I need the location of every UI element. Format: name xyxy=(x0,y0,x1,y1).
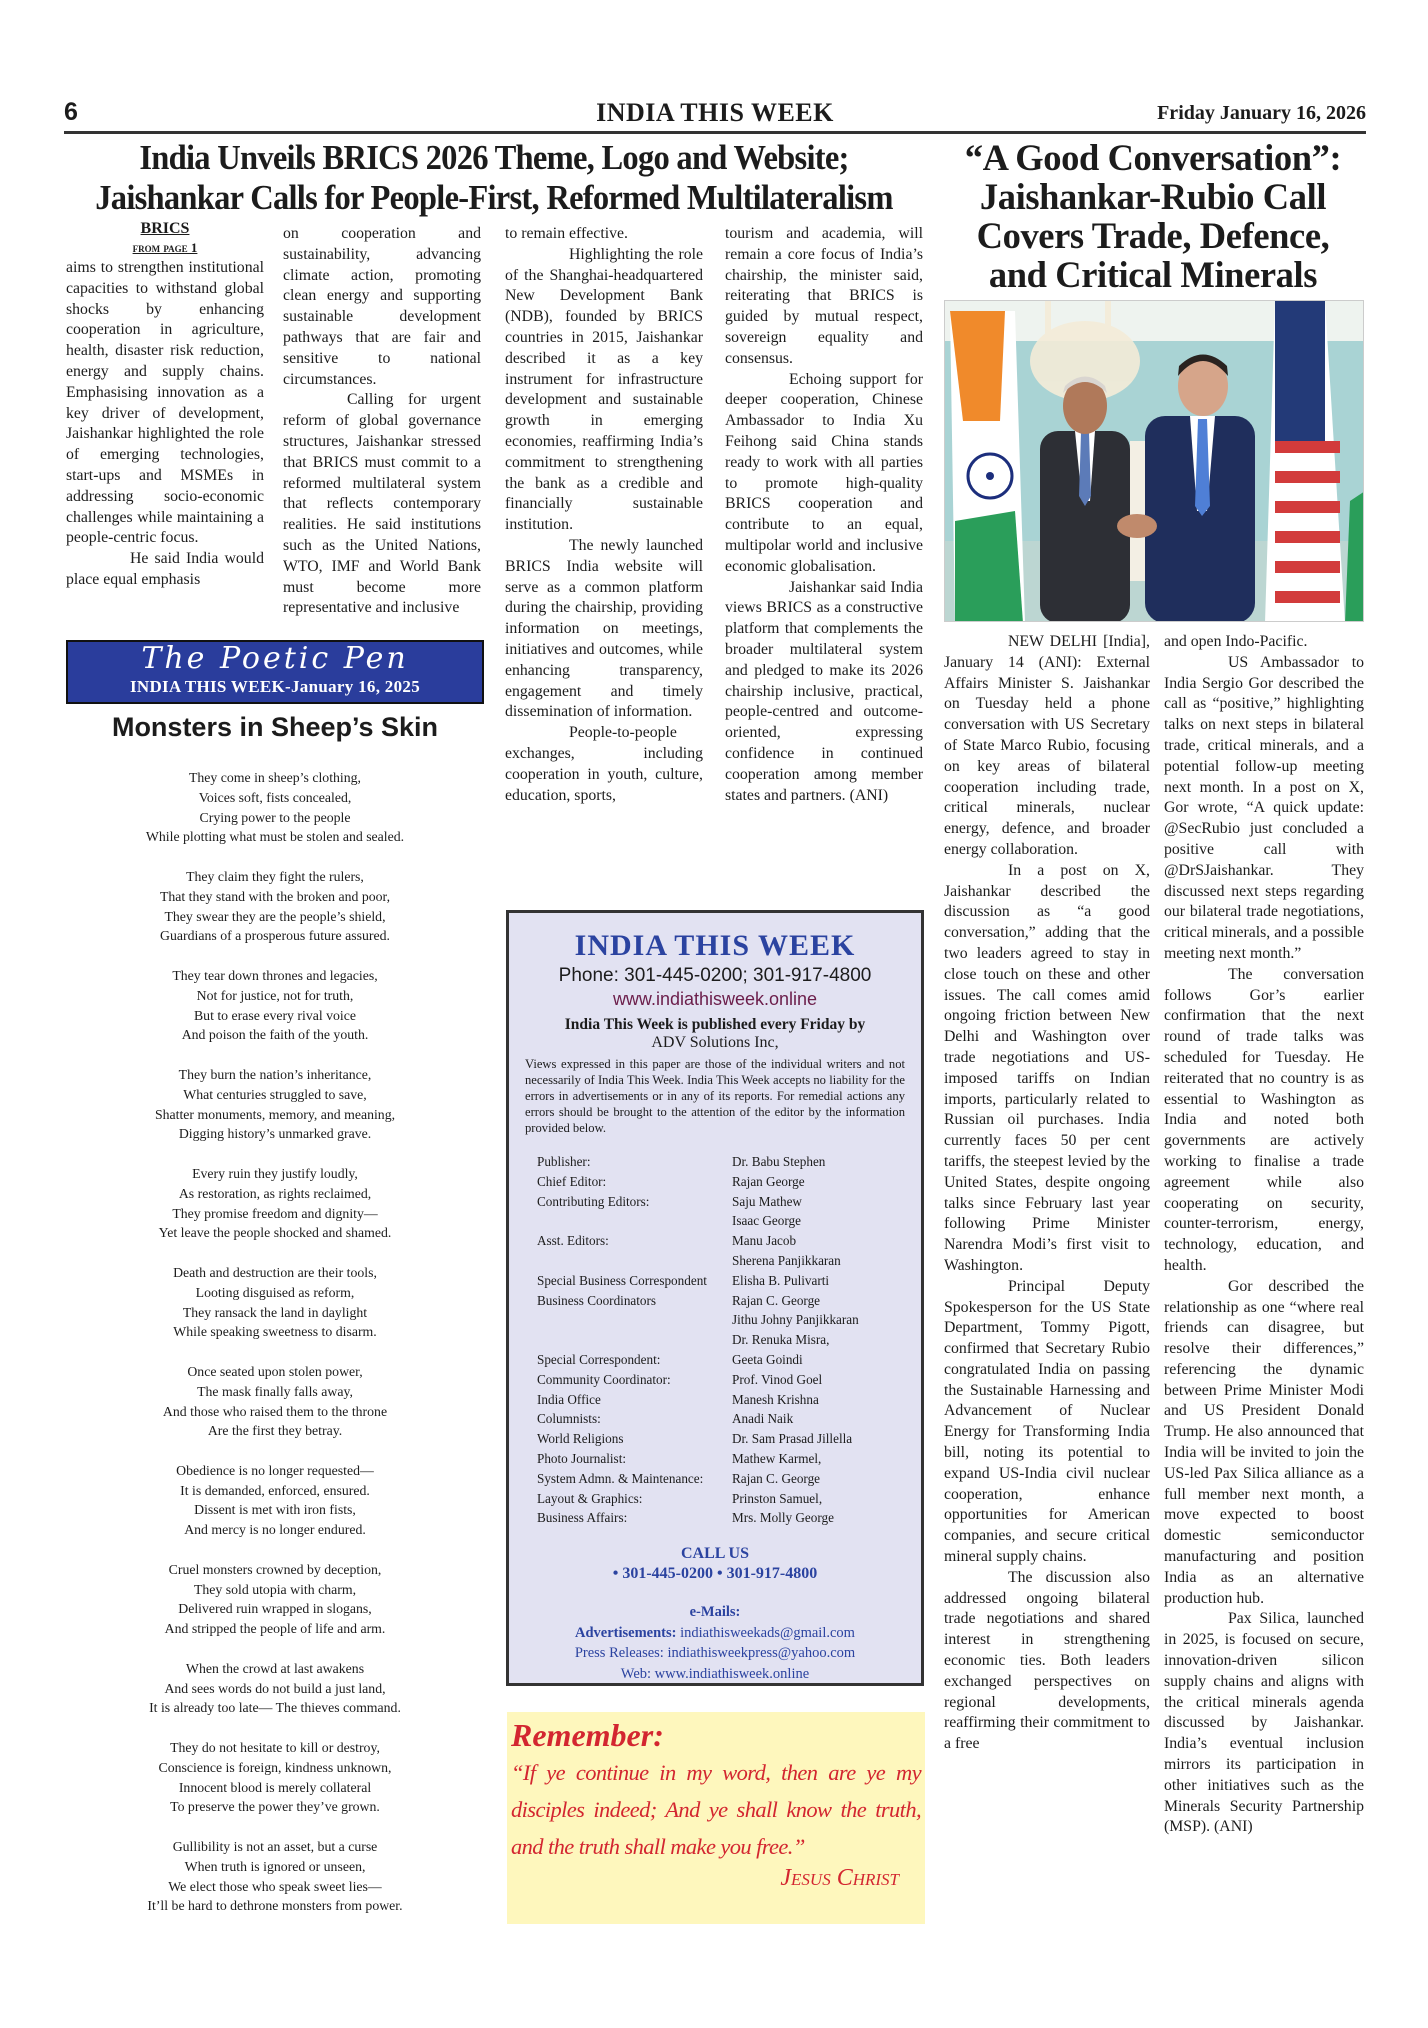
article-paragraph: to remain effective. xyxy=(505,224,703,245)
article-paragraph: People-to-people exchanges, including co… xyxy=(505,723,703,806)
poem-line: Death and destruction are their tools, xyxy=(66,1263,484,1283)
poem-line: It is demanded, enforced, ensured. xyxy=(66,1481,484,1501)
poem-stanza: They burn the nation’s inheritance,What … xyxy=(66,1065,484,1144)
poem-line: It is already too late— The thieves comm… xyxy=(66,1698,484,1718)
staff-role: World Religions xyxy=(537,1429,732,1449)
masthead: 6 INDIA THIS WEEK Friday January 16, 202… xyxy=(64,98,1366,128)
emails: e-Mails: Advertisements: indiathisweekad… xyxy=(509,1602,921,1684)
staff-row: Photo Journalist:Mathew Karmel, xyxy=(537,1449,921,1469)
poem-line: Delivered ruin wrapped in slogans, xyxy=(66,1599,484,1619)
poem-line: Voices soft, fists concealed, xyxy=(66,788,484,808)
issue-date: Friday January 16, 2026 xyxy=(1157,102,1366,125)
staff-role xyxy=(537,1251,732,1271)
handshake-photo-illustration xyxy=(945,301,1364,622)
rubio-headline: “A Good Conversation”: Jaishankar-Rubio … xyxy=(940,138,1366,294)
poem-line: They claim they fight the rulers, xyxy=(66,867,484,887)
article-paragraph: Calling for urgent reform of global gove… xyxy=(283,390,481,619)
poem-line: They do not hesitate to kill or destroy, xyxy=(66,1738,484,1758)
web-label: Web: xyxy=(621,1666,651,1682)
staff-name: Prinston Samuel, xyxy=(732,1489,822,1509)
poem-line: Shatter monuments, memory, and meaning, xyxy=(66,1105,484,1125)
staff-name: Elisha B. Pulivarti xyxy=(732,1271,829,1291)
ads-email-link[interactable]: indiathisweekads@gmail.com xyxy=(680,1625,855,1641)
call-us: CALL US • 301-445-0200 • 301-917-4800 xyxy=(509,1544,921,1584)
staff-role: Columnists: xyxy=(537,1409,732,1429)
poem-line: Are the first they betray. xyxy=(66,1421,484,1441)
poem-body: They come in sheep’s clothing,Voices sof… xyxy=(66,768,484,1936)
staff-row: Jithu Johny Panjikkaran xyxy=(537,1310,921,1330)
staff-row: Contributing Editors:Saju Mathew xyxy=(537,1192,921,1212)
staff-row: Layout & Graphics:Prinston Samuel, xyxy=(537,1489,921,1509)
article-paragraph: Pax Silica, launched in 2025, is focused… xyxy=(1164,1609,1364,1838)
article-paragraph: Echoing support for deeper cooperation, … xyxy=(725,370,923,578)
info-website-link[interactable]: www.indiathisweek.online xyxy=(509,989,921,1010)
staff-role: Community Coordinator: xyxy=(537,1370,732,1390)
masthead-divider xyxy=(64,131,1366,134)
staff-name: Manu Jacob xyxy=(732,1231,796,1251)
staff-row: Columnists:Anadi Naik xyxy=(537,1409,921,1429)
staff-row: Business Affairs:Mrs. Molly George xyxy=(537,1508,921,1528)
staff-row: Business CoordinatorsRajan C. George xyxy=(537,1291,921,1311)
web-url-link[interactable]: www.indiathisweek.online xyxy=(655,1666,810,1682)
brics-column-1: BRICS from page 1 aims to strengthen ins… xyxy=(66,220,264,591)
staff-row: India OfficeManesh Krishna xyxy=(537,1390,921,1410)
poem-stanza: They do not hesitate to kill or destroy,… xyxy=(66,1738,484,1817)
staff-row: Publisher:Dr. Babu Stephen xyxy=(537,1152,921,1172)
poem-line: While plotting what must be stolen and s… xyxy=(66,827,484,847)
poem-line: They swear they are the people’s shield, xyxy=(66,907,484,927)
staff-name: Anadi Naik xyxy=(732,1409,793,1429)
article-paragraph: tourism and academia, will remain a core… xyxy=(725,224,923,370)
staff-role: Chief Editor: xyxy=(537,1172,732,1192)
article-paragraph: The discussion also addressed ongoing bi… xyxy=(944,1568,1150,1755)
staff-role: Special Correspondent: xyxy=(537,1350,732,1370)
brics-headline-line2: Jaishankar Calls for People-First, Refor… xyxy=(94,178,894,218)
poem-line: While speaking sweetness to disarm. xyxy=(66,1322,484,1342)
poem-line: They ransack the land in daylight xyxy=(66,1303,484,1323)
staff-row: Dr. Renuka Misra, xyxy=(537,1330,921,1350)
staff-role: Layout & Graphics: xyxy=(537,1489,732,1509)
jump-label: BRICS xyxy=(66,220,264,238)
staff-name: Prof. Vinod Goel xyxy=(732,1370,822,1390)
poem-line: And those who raised them to the throne xyxy=(66,1402,484,1422)
brics-column-4: tourism and academia, will remain a core… xyxy=(725,224,923,806)
staff-row: Special Business CorrespondentElisha B. … xyxy=(537,1271,921,1291)
remember-author: Jesus Christ xyxy=(511,1865,921,1892)
staff-name: Rajan C. George xyxy=(732,1469,820,1489)
poem-line: Guardians of a prosperous future assured… xyxy=(66,926,484,946)
poem-line: And sees words do not build a just land, xyxy=(66,1679,484,1699)
poem-line: Innocent blood is merely collateral xyxy=(66,1778,484,1798)
staff-role: Special Business Correspondent xyxy=(537,1271,732,1291)
staff-row: World ReligionsDr. Sam Prasad Jillella xyxy=(537,1429,921,1449)
poem-stanza: Gullibility is not an asset, but a curse… xyxy=(66,1837,484,1916)
staff-role xyxy=(537,1330,732,1350)
staff-role xyxy=(537,1310,732,1330)
poem-title: Monsters in Sheep’s Skin xyxy=(66,712,484,743)
poem-line: We elect those who speak sweet lies— xyxy=(66,1877,484,1897)
press-label: Press Releases: xyxy=(575,1645,664,1661)
rubio-column-2: and open Indo-Pacific.US Ambassador to I… xyxy=(1164,632,1364,1838)
staff-name: Saju Mathew xyxy=(732,1192,802,1212)
staff-name: Rajan C. George xyxy=(732,1291,820,1311)
info-brand: INDIA THIS WEEK xyxy=(509,929,921,963)
poem-line: The mask finally falls away, xyxy=(66,1382,484,1402)
poem-line: When truth is ignored or unseen, xyxy=(66,1857,484,1877)
article-paragraph: and open Indo-Pacific. xyxy=(1164,632,1364,653)
poem-stanza: Once seated upon stolen power,The mask f… xyxy=(66,1362,484,1441)
poem-line: Looting disguised as reform, xyxy=(66,1283,484,1303)
staff-role: Business Coordinators xyxy=(537,1291,732,1311)
staff-row: Asst. Editors:Manu Jacob xyxy=(537,1231,921,1251)
brics-column-2: on cooperation and sustainability, advan… xyxy=(283,224,481,619)
poem-line: But to erase every rival voice xyxy=(66,1006,484,1026)
article-paragraph: The conversation follows Gor’s earlier c… xyxy=(1164,965,1364,1277)
poem-stanza: Death and destruction are their tools,Lo… xyxy=(66,1263,484,1342)
poem-stanza: Obedience is no longer requested—It is d… xyxy=(66,1461,484,1540)
brics-headline-line1: India Unveils BRICS 2026 Theme, Logo and… xyxy=(94,138,894,178)
poem-line: To preserve the power they’ve grown. xyxy=(66,1797,484,1817)
staff-row: Isaac George xyxy=(537,1211,921,1231)
poem-line: As restoration, as rights reclaimed, xyxy=(66,1184,484,1204)
remember-quote: “If ye continue in my word, then are ye … xyxy=(511,1754,921,1865)
staff-role: Asst. Editors: xyxy=(537,1231,732,1251)
article-paragraph: In a post on X, Jaishankar described the… xyxy=(944,861,1150,1277)
staff-list: Publisher:Dr. Babu StephenChief Editor:R… xyxy=(537,1152,921,1528)
staff-row: Special Correspondent:Geeta Goindi xyxy=(537,1350,921,1370)
article-paragraph: Highlighting the role of the Shanghai-he… xyxy=(505,245,703,536)
poem-line: Crying power to the people xyxy=(66,808,484,828)
info-disclaimer: Views expressed in this paper are those … xyxy=(509,1052,921,1136)
article-paragraph: aims to strengthen institutional capacit… xyxy=(66,258,264,549)
staff-name: Dr. Babu Stephen xyxy=(732,1152,825,1172)
brics-column-3: to remain effective.Highlighting the rol… xyxy=(505,224,703,806)
press-email-link[interactable]: indiathisweekpress@yahoo.com xyxy=(667,1645,855,1661)
poem-line: Not for justice, not for truth, xyxy=(66,986,484,1006)
staff-role: Contributing Editors: xyxy=(537,1192,732,1212)
poem-line: Gullibility is not an asset, but a curse xyxy=(66,1837,484,1857)
call-us-label: CALL US xyxy=(509,1544,921,1564)
emails-label: e-Mails: xyxy=(509,1602,921,1623)
poem-line: Every ruin they justify loudly, xyxy=(66,1164,484,1184)
poetic-pen-subtitle: INDIA THIS WEEK-January 16, 2025 xyxy=(68,676,482,698)
article-paragraph: on cooperation and sustainability, advan… xyxy=(283,224,481,390)
rubio-headline-line3: Covers Trade, Defence, xyxy=(940,216,1366,255)
poem-line: That they stand with the broken and poor… xyxy=(66,887,484,907)
news-photo xyxy=(944,300,1364,622)
call-us-numbers: • 301-445-0200 • 301-917-4800 xyxy=(509,1564,921,1584)
poem-line: Obedience is no longer requested— xyxy=(66,1461,484,1481)
ads-label: Advertisements: xyxy=(575,1625,676,1641)
poem-line: They tear down thrones and legacies, xyxy=(66,966,484,986)
remember-box: Remember: “If ye continue in my word, th… xyxy=(507,1712,925,1924)
article-paragraph: US Ambassador to India Sergio Gor descri… xyxy=(1164,653,1364,965)
publication-info-box: INDIA THIS WEEK Phone: 301-445-0200; 301… xyxy=(506,910,924,1686)
info-published-line: India This Week is published every Frida… xyxy=(509,1016,921,1034)
remember-heading: Remember: xyxy=(511,1716,921,1754)
staff-row: System Admn. & Maintenance:Rajan C. Geor… xyxy=(537,1469,921,1489)
rubio-headline-line1: “A Good Conversation”: xyxy=(940,138,1366,177)
poem-line: Cruel monsters crowned by deception, xyxy=(66,1560,484,1580)
poem-line: It’ll be hard to dethrone monsters from … xyxy=(66,1896,484,1916)
staff-name: Dr. Sam Prasad Jillella xyxy=(732,1429,852,1449)
staff-name: Mathew Karmel, xyxy=(732,1449,821,1469)
poem-stanza: When the crowd at last awakensAnd sees w… xyxy=(66,1659,484,1718)
staff-role: Publisher: xyxy=(537,1152,732,1172)
article-paragraph: He said India would place equal emphasis xyxy=(66,549,264,591)
staff-name: Jithu Johny Panjikkaran xyxy=(732,1310,859,1330)
staff-name: Geeta Goindi xyxy=(732,1350,803,1370)
article-paragraph: Gor described the relationship as one “w… xyxy=(1164,1277,1364,1610)
poetic-pen-title: The Poetic Pen xyxy=(68,642,482,676)
poem-line: Once seated upon stolen power, xyxy=(66,1362,484,1382)
jump-from-page-link[interactable]: from page 1 xyxy=(66,238,264,258)
poem-line: They come in sheep’s clothing, xyxy=(66,768,484,788)
staff-row: Community Coordinator:Prof. Vinod Goel xyxy=(537,1370,921,1390)
staff-name: Manesh Krishna xyxy=(732,1390,819,1410)
staff-name: Dr. Renuka Misra, xyxy=(732,1330,829,1350)
poem-stanza: Every ruin they justify loudly,As restor… xyxy=(66,1164,484,1243)
poem-line: They burn the nation’s inheritance, xyxy=(66,1065,484,1085)
staff-role: India Office xyxy=(537,1390,732,1410)
staff-role: Business Affairs: xyxy=(537,1508,732,1528)
brics-headline: India Unveils BRICS 2026 Theme, Logo and… xyxy=(94,138,894,218)
staff-name: Rajan George xyxy=(732,1172,805,1192)
article-paragraph: The newly launched BRICS India website w… xyxy=(505,536,703,723)
poem-line: And poison the faith of the youth. xyxy=(66,1025,484,1045)
info-publisher-company: ADV Solutions Inc, xyxy=(509,1034,921,1052)
rubio-column-1: NEW DELHI [India], January 14 (ANI): Ext… xyxy=(944,632,1150,1755)
poem-line: They sold utopia with charm, xyxy=(66,1580,484,1600)
staff-role: System Admn. & Maintenance: xyxy=(537,1469,732,1489)
article-paragraph: Jaishankar said India views BRICS as a c… xyxy=(725,578,923,807)
info-phone: Phone: 301-445-0200; 301-917-4800 xyxy=(509,965,921,987)
poem-line: And stripped the people of life and arm. xyxy=(66,1619,484,1639)
poem-stanza: They come in sheep’s clothing,Voices sof… xyxy=(66,768,484,847)
poem-line: When the crowd at last awakens xyxy=(66,1659,484,1679)
article-paragraph: NEW DELHI [India], January 14 (ANI): Ext… xyxy=(944,632,1150,861)
article-paragraph: Principal Deputy Spokesperson for the US… xyxy=(944,1277,1150,1568)
staff-name: Isaac George xyxy=(732,1211,801,1231)
poem-line: Yet leave the people shocked and shamed. xyxy=(66,1223,484,1243)
poem-line: And mercy is no longer endured. xyxy=(66,1520,484,1540)
poem-line: Conscience is foreign, kindness unknown, xyxy=(66,1758,484,1778)
poem-line: Digging history’s unmarked grave. xyxy=(66,1124,484,1144)
staff-row: Sherena Panjikkaran xyxy=(537,1251,921,1271)
poem-stanza: They claim they fight the rulers,That th… xyxy=(66,867,484,946)
staff-row: Chief Editor:Rajan George xyxy=(537,1172,921,1192)
poetic-pen-banner: The Poetic Pen INDIA THIS WEEK-January 1… xyxy=(66,640,484,704)
rubio-headline-line4: and Critical Minerals xyxy=(940,255,1366,294)
poem-line: What centuries struggled to save, xyxy=(66,1085,484,1105)
staff-name: Mrs. Molly George xyxy=(732,1508,834,1528)
staff-role xyxy=(537,1211,732,1231)
poem-stanza: Cruel monsters crowned by deception,They… xyxy=(66,1560,484,1639)
staff-name: Sherena Panjikkaran xyxy=(732,1251,841,1271)
poem-line: They promise freedom and dignity— xyxy=(66,1204,484,1224)
poem-stanza: They tear down thrones and legacies,Not … xyxy=(66,966,484,1045)
poem-line: Dissent is met with iron fists, xyxy=(66,1500,484,1520)
rubio-headline-line2: Jaishankar-Rubio Call xyxy=(940,177,1366,216)
staff-role: Photo Journalist: xyxy=(537,1449,732,1469)
